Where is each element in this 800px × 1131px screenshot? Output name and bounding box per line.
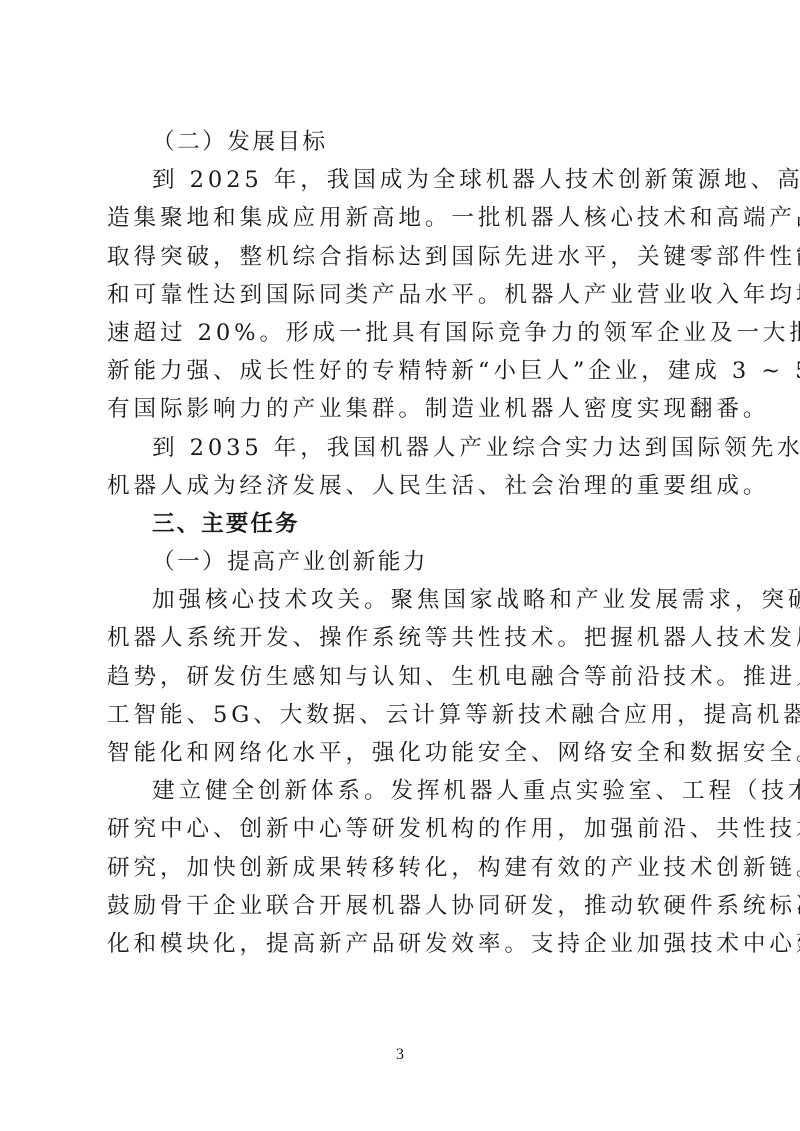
text-line: 智能化和网络化水平，强化功能安全、网络安全和数据安全。 (107, 734, 692, 772)
text-line: 速超过 20%。形成一批具有国际竞争力的领军企业及一大批创 (107, 314, 692, 352)
subheading-innovation-capacity: （一）提高产业创新能力 (107, 543, 692, 581)
text-line: 和可靠性达到国际同类产品水平。机器人产业营业收入年均增 (107, 276, 692, 314)
text-line: 新能力强、成长性好的专精特新“小巨人”企业，建成 3 ~ 5 个 (107, 352, 692, 390)
paragraph-2035-goals: 到 2035 年，我国机器人产业综合实力达到国际领先水平， 机器人成为经济发展、… (107, 429, 692, 505)
text-line: 取得突破，整机综合指标达到国际先进水平，关键零部件性能 (107, 238, 692, 276)
heading-main-tasks: 三、主要任务 (107, 505, 692, 543)
paragraph-innovation-system: 建立健全创新体系。发挥机器人重点实验室、工程（技术） 研究中心、创新中心等研发机… (107, 772, 692, 963)
text-line: 建立健全创新体系。发挥机器人重点实验室、工程（技术） (107, 772, 692, 810)
text-line: 到 2035 年，我国机器人产业综合实力达到国际领先水平， (107, 429, 692, 467)
paragraph-core-technology: 加强核心技术攻关。聚焦国家战略和产业发展需求，突破 机器人系统开发、操作系统等共… (107, 581, 692, 772)
text-line: 机器人系统开发、操作系统等共性技术。把握机器人技术发展 (107, 619, 692, 657)
text-line: 有国际影响力的产业集群。制造业机器人密度实现翻番。 (107, 390, 692, 428)
text-line: 研究，加快创新成果转移转化，构建有效的产业技术创新链。 (107, 849, 692, 887)
text-line: 机器人成为经济发展、人民生活、社会治理的重要组成。 (107, 467, 692, 505)
page-number: 3 (0, 1046, 800, 1064)
text-line: 加强核心技术攻关。聚焦国家战略和产业发展需求，突破 (107, 581, 692, 619)
subheading-development-goals: （二）发展目标 (107, 123, 692, 161)
document-body: （二）发展目标 到 2025 年，我国成为全球机器人技术创新策源地、高端制 造集… (107, 123, 692, 963)
text-line: 工智能、5G、大数据、云计算等新技术融合应用，提高机器人 (107, 696, 692, 734)
text-line: 研究中心、创新中心等研发机构的作用，加强前沿、共性技术 (107, 810, 692, 848)
paragraph-2025-goals: 到 2025 年，我国成为全球机器人技术创新策源地、高端制 造集聚地和集成应用新… (107, 161, 692, 428)
text-line: 趋势，研发仿生感知与认知、生机电融合等前沿技术。推进人 (107, 658, 692, 696)
text-line: 造集聚地和集成应用新高地。一批机器人核心技术和高端产品 (107, 199, 692, 237)
text-line: 化和模块化，提高新产品研发效率。支持企业加强技术中心建 (107, 925, 692, 963)
text-line: 鼓励骨干企业联合开展机器人协同研发，推动软硬件系统标准 (107, 887, 692, 925)
text-line: 到 2025 年，我国成为全球机器人技术创新策源地、高端制 (107, 161, 692, 199)
